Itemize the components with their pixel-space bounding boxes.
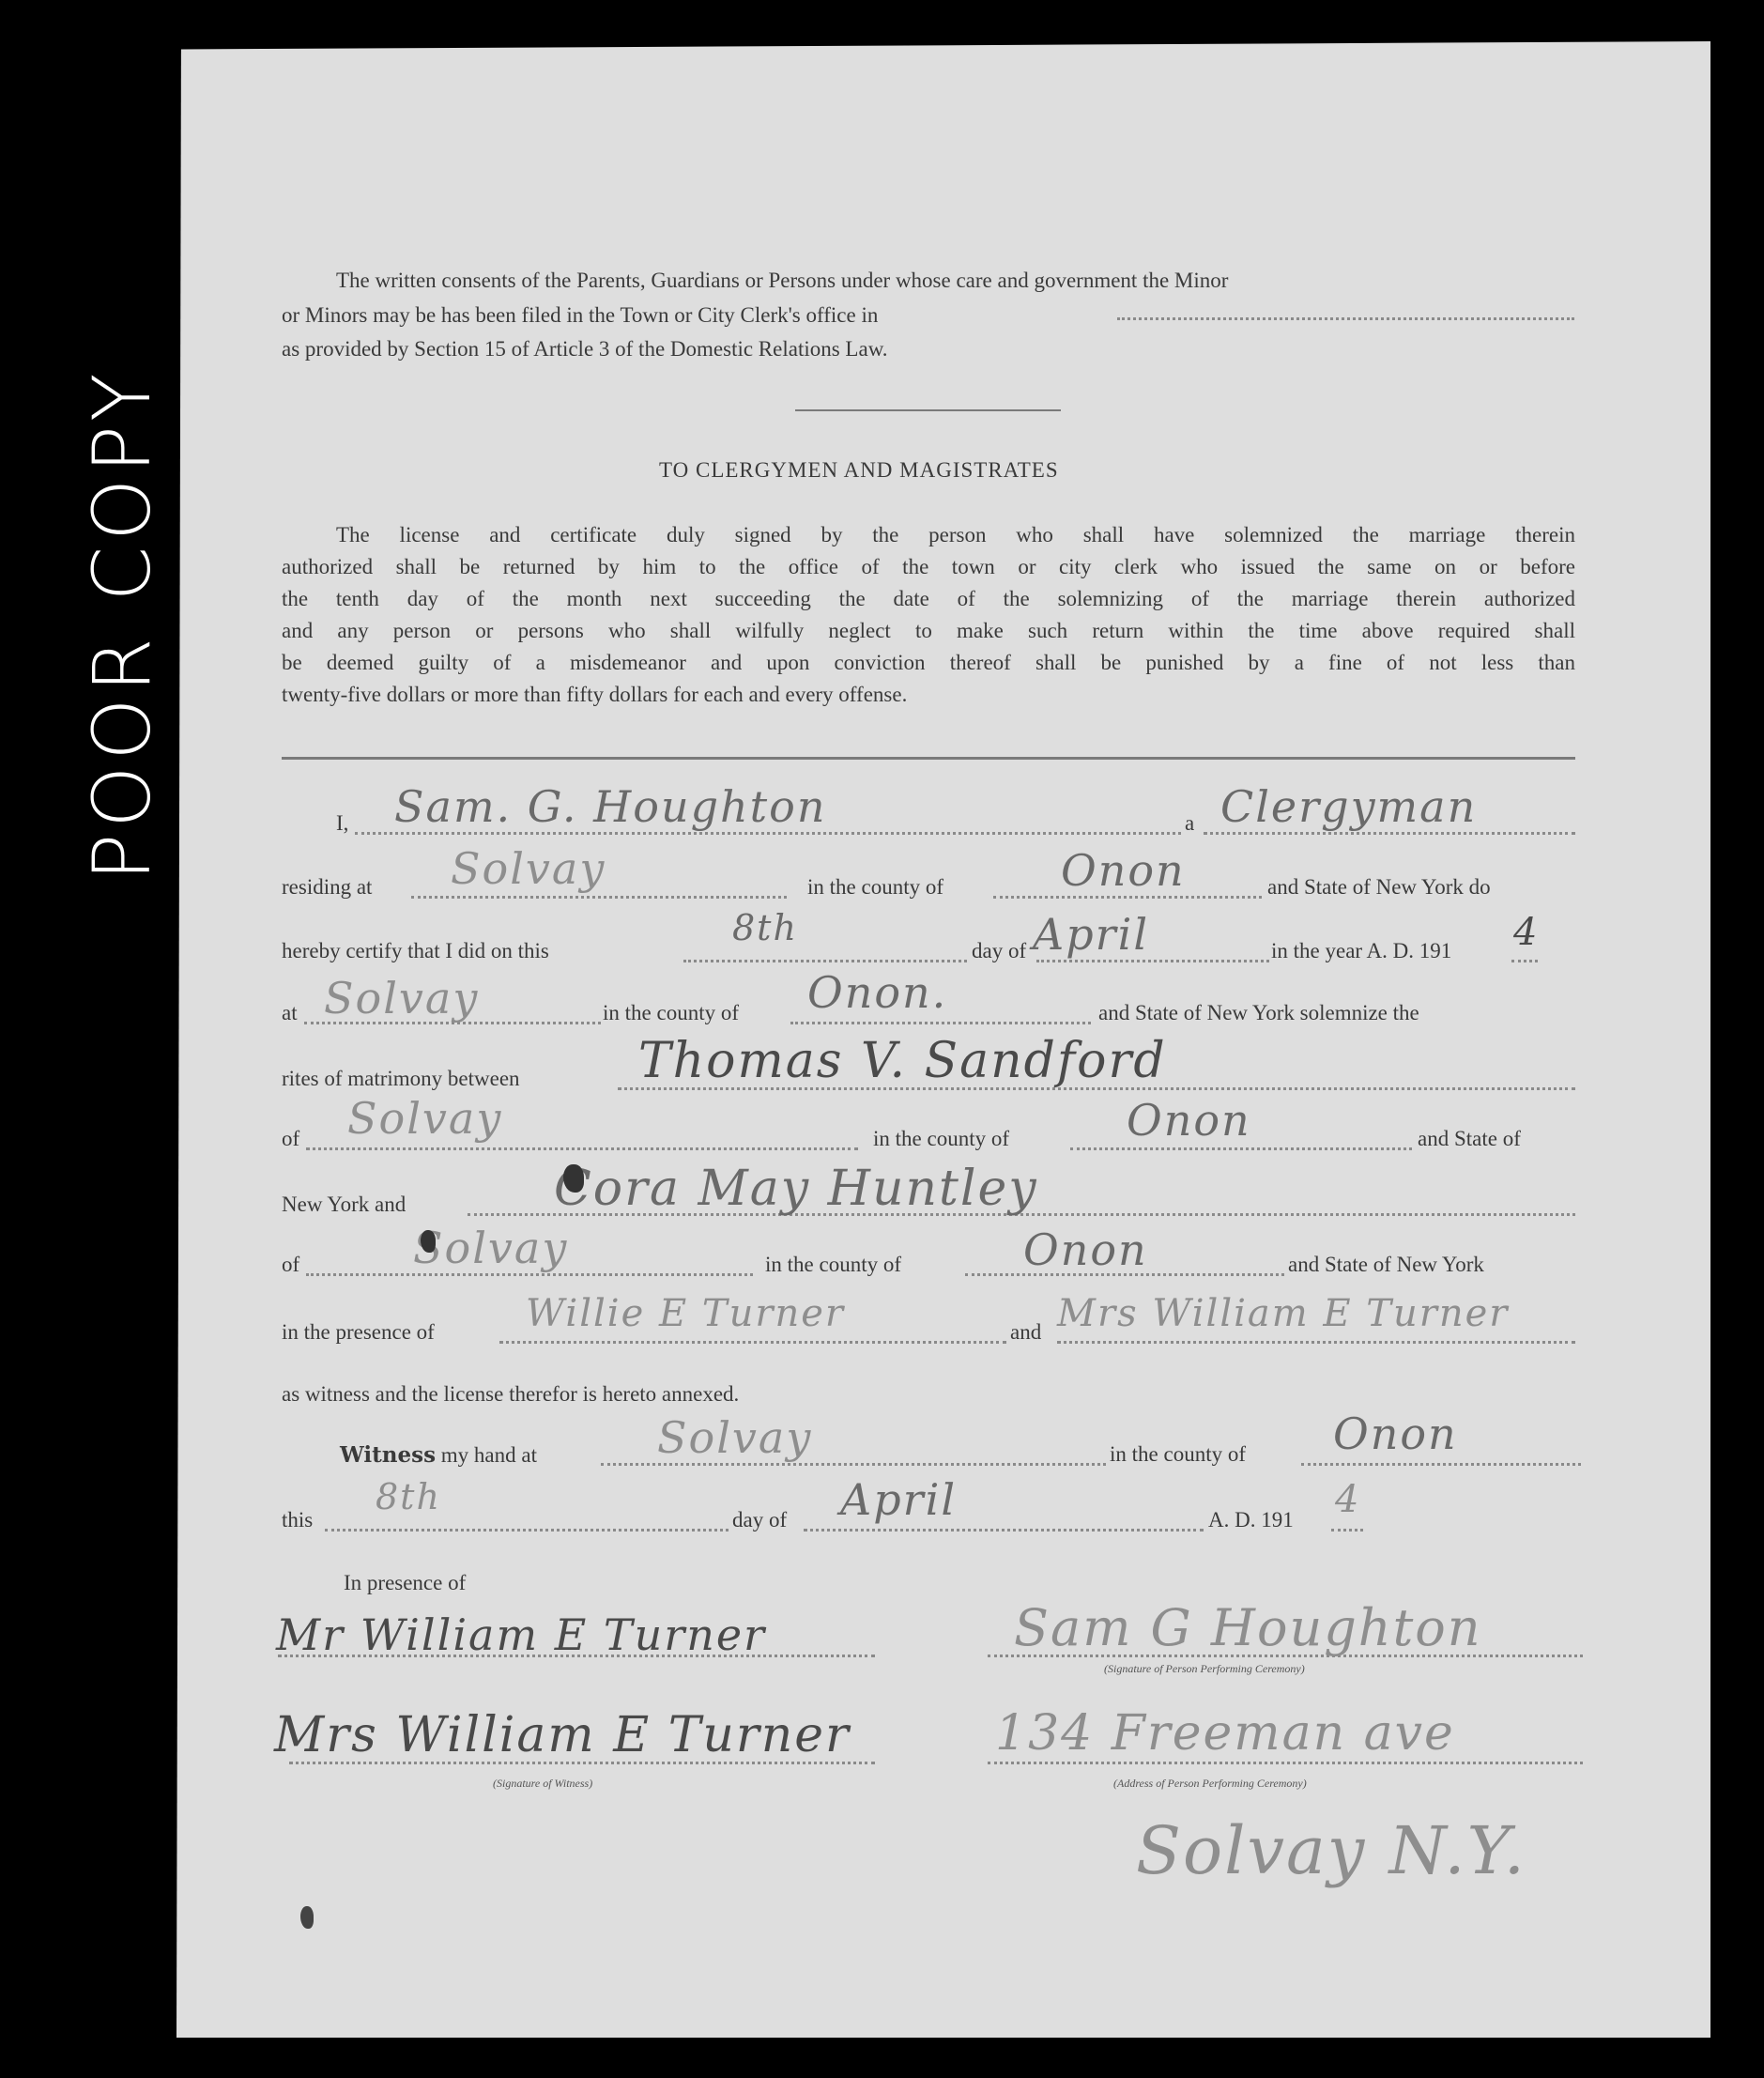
officiant-address-line[interactable] (988, 1762, 1583, 1764)
bride-county-value: Onon (1023, 1224, 1148, 1275)
consent-line-3: as provided by Section 15 of Article 3 o… (282, 337, 888, 362)
ink-blot (421, 1230, 436, 1253)
bride-of-value: Solvay (413, 1223, 568, 1273)
hand-month-field[interactable] (804, 1529, 1204, 1532)
residing-county-field[interactable] (993, 896, 1262, 899)
ink-spot (300, 1906, 314, 1929)
hand-day-field[interactable] (325, 1529, 729, 1532)
notice-line: be deemed guilty of a misdemeanor and up… (282, 647, 1575, 679)
witness-signature-2: Mrs William E Turner (274, 1707, 851, 1763)
officiant-signature-caption: (Signature of Person Performing Ceremony… (1104, 1662, 1305, 1676)
groom-name-value: Thomas V. Sandford (638, 1033, 1167, 1089)
label-state-of: and State of (1418, 1127, 1521, 1151)
hand-month-value: April (840, 1474, 957, 1525)
hand-county-field[interactable] (1301, 1463, 1581, 1466)
residing-at-value: Solvay (451, 843, 606, 894)
label-year: in the year A. D. 191 (1271, 939, 1451, 963)
witness-1-field[interactable] (499, 1341, 1006, 1344)
label-rites: rites of matrimony between (282, 1067, 520, 1091)
label-as-witness: as witness and the license therefor is h… (282, 1382, 739, 1407)
bride-name-value: Cora May Huntley (554, 1161, 1038, 1217)
label-ad: A. D. 191 (1208, 1508, 1294, 1532)
notice-line: twenty-five dollars or more than fifty d… (282, 679, 1575, 711)
poor-copy-stamp: POOR COPY (80, 362, 164, 887)
notice-line: the tenth day of the month next succeedi… (282, 583, 1575, 615)
notice-line: The license and certificate duly signed … (282, 519, 1575, 551)
label-ny-and: New York and (282, 1193, 406, 1217)
notice-line: and any person or persons who shall wilf… (282, 615, 1575, 647)
ceremony-place-value: Solvay (324, 973, 479, 1024)
hand-at-field[interactable] (601, 1463, 1106, 1466)
witness-word: Witness (340, 1442, 436, 1468)
label-state-ny: and State of New York (1288, 1253, 1484, 1277)
label-county: in the county of (1110, 1442, 1246, 1467)
label-of: of (282, 1253, 299, 1277)
officiant-signature: Sam G Houghton (1014, 1598, 1482, 1657)
label-county: in the county of (765, 1253, 901, 1277)
hand-day-value: 8th (376, 1476, 441, 1517)
label-county: in the county of (807, 875, 943, 900)
notice-line: authorized shall be returned by him to t… (282, 551, 1575, 583)
consent-line-1: The written consents of the Parents, Gua… (336, 269, 1228, 293)
label-my-hand-at: my hand at (441, 1443, 537, 1467)
label-day-of: day of (972, 939, 1026, 963)
cert-day-value: 8th (732, 907, 798, 948)
label-county: in the county of (873, 1127, 1009, 1151)
clerk-office-field[interactable] (1117, 317, 1574, 320)
groom-county-value: Onon (1127, 1095, 1251, 1146)
section-divider (282, 757, 1575, 760)
witness-2-field[interactable] (1057, 1341, 1575, 1344)
ceremony-county-field[interactable] (790, 1022, 1091, 1024)
residing-county-value: Onon (1061, 845, 1186, 896)
short-divider (795, 409, 1061, 411)
label-hereby-certify: hereby certify that I did on this (282, 939, 549, 963)
label-in-presence-of: in the presence of (282, 1320, 435, 1345)
label-a: a (1185, 811, 1194, 836)
hand-year-field[interactable] (1331, 1529, 1363, 1532)
witness-signature-caption: (Signature of Witness) (493, 1777, 592, 1791)
label-state-solemnize: and State of New York solemnize the (1098, 1001, 1419, 1025)
label-i: I, (336, 811, 348, 836)
ceremony-county-value: Onon. (807, 967, 947, 1018)
label-state-do: and State of New York do (1267, 875, 1491, 900)
label-and: and (1010, 1320, 1041, 1345)
cert-year-field[interactable] (1511, 960, 1538, 962)
officiant-title-value: Clergyman (1220, 781, 1477, 832)
cert-year-value: 4 (1513, 911, 1539, 954)
cert-month-value: April (1033, 909, 1149, 960)
officiant-title-field[interactable] (1204, 832, 1575, 835)
label-residing-at: residing at (282, 875, 372, 900)
notice-paragraph: The license and certificate duly signed … (282, 519, 1575, 711)
witness-signature-1: Mr William E Turner (276, 1609, 766, 1660)
label-of: of (282, 1127, 299, 1151)
officiant-address-city: Solvay N.Y. (1136, 1812, 1526, 1889)
groom-county-field[interactable] (1070, 1147, 1412, 1150)
residing-at-field[interactable] (411, 896, 787, 899)
label-in-presence: In presence of (344, 1571, 466, 1595)
bride-of-field[interactable] (306, 1273, 753, 1276)
label-county: in the county of (603, 1001, 739, 1025)
hand-county-value: Onon (1333, 1408, 1458, 1459)
officiant-address: 134 Freeman ave (995, 1705, 1455, 1762)
witness-2-value: Mrs William E Turner (1057, 1292, 1509, 1335)
cert-month-field[interactable] (1036, 960, 1269, 962)
label-day-of: day of (732, 1508, 787, 1532)
hand-year-value: 4 (1335, 1478, 1360, 1521)
consent-line-2: or Minors may be has been filed in the T… (282, 303, 878, 328)
witness-1-value: Willie E Turner (526, 1292, 845, 1335)
officiant-address-caption: (Address of Person Performing Ceremony) (1113, 1777, 1307, 1791)
groom-of-value: Solvay (347, 1093, 502, 1144)
ink-blot (563, 1164, 584, 1193)
hand-at-value: Solvay (657, 1412, 812, 1463)
section-heading: TO CLERGYMEN AND MAGISTRATES (659, 458, 1059, 483)
label-witness-hand: Witness my hand at (340, 1442, 537, 1468)
officiant-name-value: Sam. G. Houghton (394, 781, 826, 832)
cert-day-field[interactable] (683, 960, 967, 962)
label-at: at (282, 1001, 298, 1025)
officiant-name-field[interactable] (355, 832, 1181, 835)
groom-of-field[interactable] (306, 1147, 858, 1150)
label-this: this (282, 1508, 313, 1532)
